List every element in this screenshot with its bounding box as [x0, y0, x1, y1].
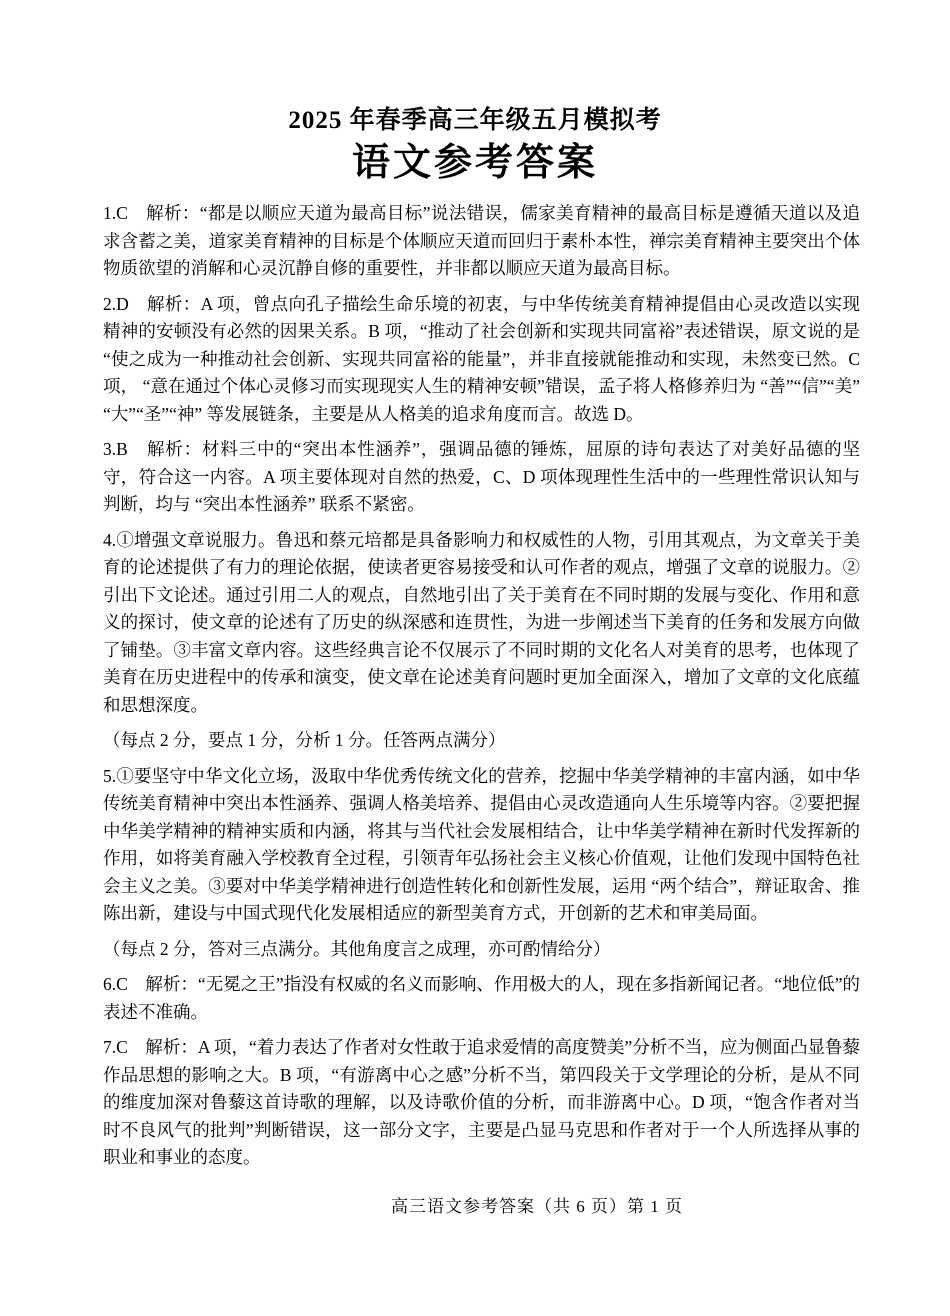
answer-paragraph-1: 1.C 解析：“都是以顺应天道为最高目标”说法错误，儒家美育精神的最高目标是遵循… [103, 200, 860, 283]
answer-sheet-page: 2025 年春季高三年级五月模拟考 语文参考答案 1.C 解析：“都是以顺应天道… [0, 0, 950, 1316]
document-header: 2025 年春季高三年级五月模拟考 语文参考答案 [0, 0, 950, 188]
exam-title: 2025 年春季高三年级五月模拟考 [0, 104, 950, 138]
answers-section: 1.C 解析：“都是以顺应天道为最高目标”说法错误，儒家美育精神的最高目标是遵循… [103, 200, 860, 1172]
page-title: 语文参考答案 [0, 138, 950, 188]
answer-paragraph-2: 2.D 解析：A 项，曾点向孔子描绘生命乐境的初衷，与中华传统美育精神提倡由心灵… [103, 291, 860, 429]
score-note-2: （每点 2 分，答对三点满分。其他角度言之成理，亦可酌情给分） [103, 936, 860, 964]
answer-paragraph-4: 4.①增强文章说服力。鲁迅和蔡元培都是具备影响力和权威性的人物，引用其观点，为文… [103, 527, 860, 720]
score-note-1: （每点 2 分，要点 1 分，分析 1 分。任答两点满分） [103, 727, 860, 755]
page-footer-text: 高三语文参考答案（共 6 页）第 1 页 [391, 1197, 683, 1216]
answer-paragraph-5: 5.①要坚守中华文化立场，汲取中华优秀传统文化的营养，挖掘中华美学精神的丰富内涵… [103, 763, 860, 928]
answer-paragraph-6: 6.C 解析：“无冕之王”指没有权威的名义而影响、作用极大的人，现在多指新闻记者… [103, 971, 860, 1026]
answer-paragraph-3: 3.B 解析：材料三中的“突出本性涵养”，强调品德的锤炼，屈原的诗句表达了对美好… [103, 436, 860, 519]
answer-paragraph-7: 7.C 解析：A 项，“着力表达了作者对女性敢于追求爱情的高度赞美”分析不当，应… [103, 1034, 860, 1172]
page-footer: 高三语文参考答案（共 6 页）第 1 页 [0, 1192, 950, 1217]
